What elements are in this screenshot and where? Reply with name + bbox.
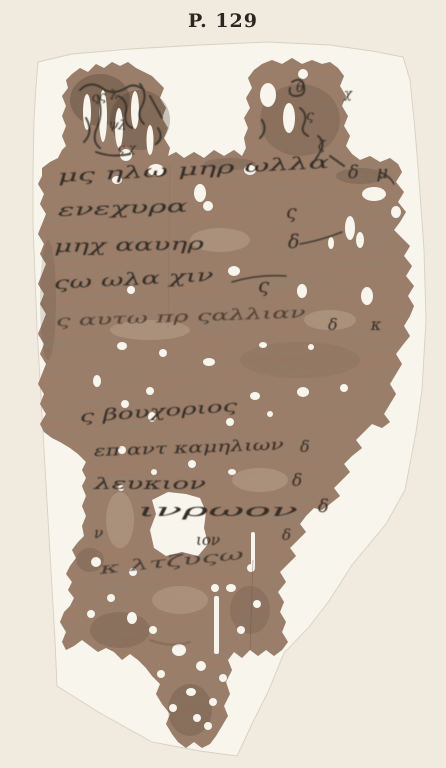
mark-upper-right-1: θ	[296, 80, 305, 96]
line-4-amount: ς	[258, 273, 270, 297]
mark-upper-right-2: ς	[306, 108, 314, 124]
line-5-amount: δ κ	[328, 315, 395, 334]
line-9-text: ινρωον	[138, 500, 298, 521]
line-10-text: ιον	[196, 531, 220, 549]
line-1-amount: δ μ	[348, 162, 394, 183]
line-7-amount: δ	[300, 437, 310, 456]
line-8-text: λευκιον	[92, 474, 206, 493]
plate-page: P. 129	[0, 0, 446, 768]
papyrus-fragment: ςς λ ψλ ς χ θ ς ζ χ μς ηλω μηρ ωλλα δ μ …	[38, 58, 414, 748]
line-3-amount: δ	[288, 231, 299, 253]
papyrus-photo: ςς λ ψλ ς χ θ ς ζ χ μς ηλω μηρ ωλλα δ μ …	[0, 0, 446, 768]
mark-upper-left-2: ψλ	[108, 117, 128, 134]
line-3-text: μηχ ααυηρ	[54, 234, 204, 257]
mark-upper-right-4: χ	[343, 87, 353, 102]
line-9-amount: δ	[318, 496, 329, 517]
line-8-amount: δ	[292, 471, 302, 491]
line-11-text: ν	[94, 524, 103, 542]
line-10-amount: δ	[282, 526, 291, 544]
line-2-amount: ς	[286, 201, 297, 223]
mark-upper-left-3: ς χ	[118, 141, 137, 155]
mark-upper-right-3: ζ	[318, 139, 326, 154]
